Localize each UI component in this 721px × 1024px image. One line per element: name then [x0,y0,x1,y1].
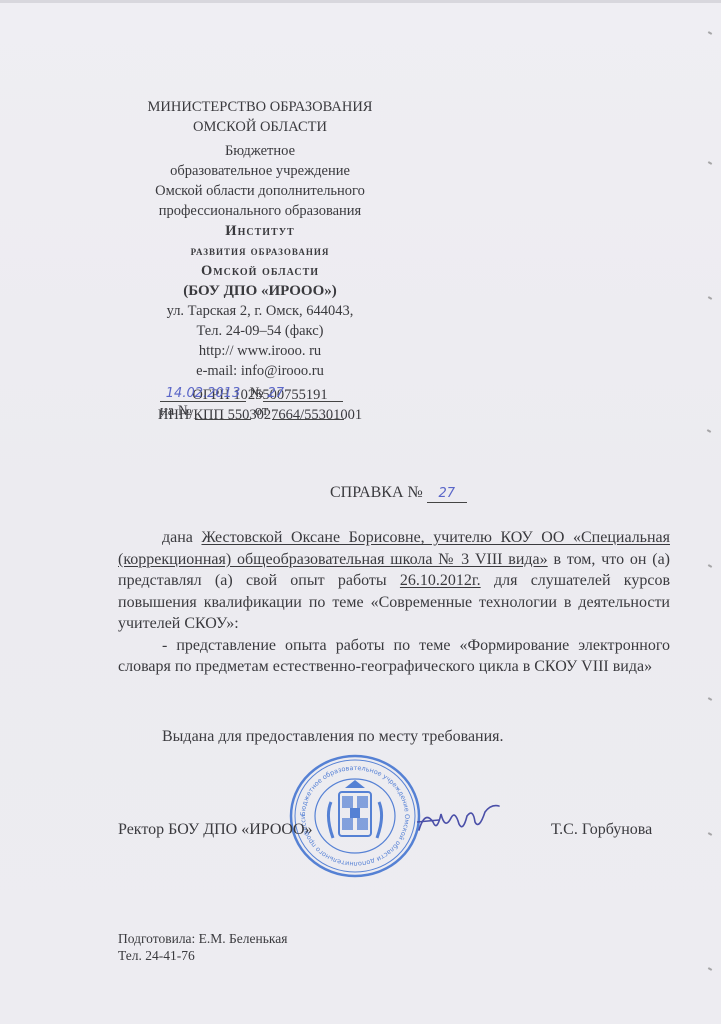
certificate-number-field: 27 [427,484,467,503]
org-phone: Тел. 24-09–54 (факс) [120,321,400,341]
signatory-name: Т.С. Горбунова [551,821,652,839]
bullet-paragraph: - представление опыта работы по теме «Фо… [118,635,670,678]
handwritten-certificate-number: 27 [439,486,456,501]
prepared-by-label: Подготовила: Е.М. Беленькая [118,930,287,947]
date-field: 14.02.2013 [160,385,246,402]
ministry-line-2: ОМСКОЙ ОБЛАСТИ [120,117,400,137]
certificate-title-label: СПРАВКА № [330,484,423,501]
org-type-line-3: Омской области дополнительного [120,181,400,201]
presentation-date: 26.10.2012г. [400,572,481,589]
scan-speck [707,429,711,433]
official-seal-icon: Бюджетное образовательное учреждение Омс… [287,752,423,880]
prepared-by-phone: Тел. 24-41-76 [118,947,287,964]
scan-edge [0,0,721,3]
org-type-line-4: профессионального образования [120,201,400,221]
issued-for-note: Выдана для предоставления по месту требо… [162,728,504,746]
letterhead: МИНИСТЕРСТВО ОБРАЗОВАНИЯ ОМСКОЙ ОБЛАСТИ … [120,97,400,425]
scan-speck [708,296,712,300]
number-field: 27 [263,385,343,402]
certificate-title: СПРАВКА № 27 [330,484,467,503]
ref-date-label: от [255,403,268,419]
prepared-by-block: Подготовила: Е.М. Беленькая Тел. 24-41-7… [118,930,287,964]
scan-speck [708,697,712,701]
outgoing-registration-row: 14.02.2013 №27 [160,385,360,405]
org-email: e-mail: info@irooo.ru [120,361,400,381]
org-address: ул. Тарская 2, г. Омск, 644043, [120,301,400,321]
certificate-body: дана Жестовской Оксане Борисовне, учител… [118,527,670,678]
handwritten-date: 14.02.2013 [166,386,240,401]
reference-registration-row: на № от [160,403,360,423]
signature-row: Ректор БОУ ДПО «ИРООО» Т.С. Горбунова [118,821,670,843]
scan-speck [708,967,712,971]
handwritten-number: 27 [263,386,284,401]
scan-speck [708,564,712,568]
scan-speck [708,31,712,35]
org-website: http:// www.irooo. ru [120,341,400,361]
ref-number-label: на № [160,403,192,419]
document-page: МИНИСТЕРСТВО ОБРАЗОВАНИЯ ОМСКОЙ ОБЛАСТИ … [0,0,721,1024]
scan-speck [708,161,712,165]
institute-line-1: Институт [120,221,400,241]
ref-date-field [272,403,344,420]
given-to-prefix: дана [162,529,193,546]
registration-block: 14.02.2013 №27 на № от [160,385,360,425]
institute-line-2: развития образования [120,241,400,261]
scan-speck [708,832,712,836]
signatory-position: Ректор БОУ ДПО «ИРООО» [118,821,313,839]
org-type-line-1: Бюджетное [120,141,400,161]
main-paragraph: дана Жестовской Оксане Борисовне, учител… [118,527,670,635]
ministry-line-1: МИНИСТЕРСТВО ОБРАЗОВАНИЯ [120,97,400,117]
ref-number-field [195,403,251,420]
org-type-line-2: образовательное учреждение [120,161,400,181]
number-label: № [250,385,264,401]
institute-line-3: Омской области [120,261,400,281]
org-abbreviation: (БОУ ДПО «ИРООО») [120,281,400,301]
svg-text:Бюджетное образовательное учре: Бюджетное образовательное учреждение Омс… [287,752,411,868]
